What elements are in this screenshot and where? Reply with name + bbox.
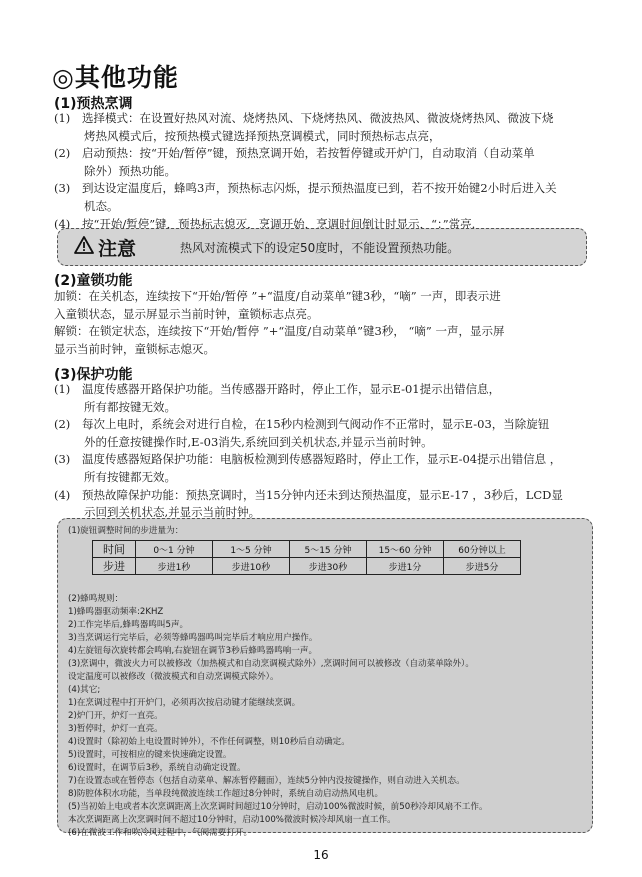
- table-cell: 5～15 分钟: [290, 541, 367, 558]
- note-line: (3)烹调中，微波火力可以被修改（加热模式和自动烹调模式除外）,烹调时间可以被修…: [68, 657, 474, 669]
- note-line: 2)炉门开，炉灯一直亮。: [68, 709, 163, 721]
- note-line: 4)左旋钮每次旋转都会鸣响,右旋钮在调节3秒后蜂鸣器鸣响一声。: [68, 644, 317, 656]
- notice-label: 注意: [74, 234, 166, 261]
- protection-list: (1) 温度传感器开路保护功能。当传感器开路时，停止工作，显示E-01提示出错信…: [54, 381, 584, 522]
- child-lock-text: 加锁：在关机态，连续按下“开始/暂停 ”+“温度/自动菜单”键3秒，“嘀” 一声…: [54, 288, 584, 358]
- note-line: 6)设置时，在调节后3秒，系统自动确定设置。: [68, 761, 246, 773]
- table-cell: 步进10秒: [213, 558, 290, 575]
- table-cell: 步进1分: [367, 558, 444, 575]
- item-number: (1): [54, 110, 70, 128]
- item-line: 机态。: [84, 198, 584, 216]
- row-header: 步进: [93, 558, 136, 575]
- note-line: (5)当初始上电或者本次烹调距离上次烹调时间超过10分钟时，启动100%微波时候…: [68, 800, 488, 812]
- protection-item-3: (3) 温度传感器短路保护功能：电脑板检测到传感器短路时，停止工作，显示E-04…: [54, 451, 584, 486]
- item-number: (3): [54, 451, 70, 469]
- item-line: 到达设定温度后，蜂鸣3声，预热标志闪烁，提示预热温度已到，若不按开始键2小时后进…: [82, 180, 584, 198]
- protection-item-4: (4) 预热故障保护功能：预热烹调时，当15分钟内还未到达预热温度，显示E-17…: [54, 487, 584, 522]
- notice-label-text: 注意: [98, 234, 136, 261]
- protection-item-2: (2) 每次上电时，系统会对进行自检，在15秒内检测到气阀动作不正常时，显示E-…: [54, 416, 584, 451]
- text-line: 解锁：在锁定状态，连续按下“开始/暂停 ”+“温度/自动菜单”键3秒， “嘀” …: [54, 323, 584, 341]
- note-line: 3)当烹调运行完毕后，必须等蜂鸣器鸣叫完毕后才响应用户操作。: [68, 631, 317, 643]
- preheat-item-3: (3) 到达设定温度后，蜂鸣3声，预热标志闪烁，提示预热温度已到，若不按开始键2…: [54, 180, 584, 215]
- note-line: (4)其它;: [68, 683, 100, 695]
- text-line: 加锁：在关机态，连续按下“开始/暂停 ”+“温度/自动菜单”键3秒，“嘀” 一声…: [54, 288, 584, 306]
- table-cell: 0～1 分钟: [136, 541, 213, 558]
- item-number: (2): [54, 145, 70, 163]
- preheat-list: (1) 选择模式：在设置好热风对流、烧烤热风、下烧烤热风、微波热风、微波烧烤热风…: [54, 110, 584, 233]
- manual-page: ◎其他功能 (1)预热烹调 (1) 选择模式：在设置好热风对流、烧烤热风、下烧烤…: [0, 0, 642, 877]
- note-line: 7)在设置态或在暂停态（包括自动菜单、解冻暂停翻面），连续5分钟内没按键操作，则…: [68, 774, 465, 786]
- item-line: 除外）预热功能。: [84, 163, 584, 181]
- notice-text: 热风对流模式下的设定50度时，不能设置预热功能。: [180, 239, 459, 256]
- row-header: 时间: [93, 541, 136, 558]
- preheat-item-2: (2) 启动预热：按“开始/暂停”键，预热烹调开始，若按暂停键或开炉门，自动取消…: [54, 145, 584, 180]
- note-line: 3)暂停时，炉灯一直亮。: [68, 722, 163, 734]
- table-cell: 15～60 分钟: [367, 541, 444, 558]
- item-line: 预热故障保护功能：预热烹调时，当15分钟内还未到达预热温度，显示E-17 ，3秒…: [82, 487, 584, 505]
- note-line: (6)在微波工作和吹冷风过程中，气阀需要打开。: [68, 826, 252, 838]
- item-line: 外的任意按键操作时,E-03消失,系统回到关机状态,并显示当前时钟。: [84, 434, 584, 452]
- item-line: 温度传感器开路保护功能。当传感器开路时，停止工作，显示E-01提示出错信息，: [82, 381, 584, 399]
- text-line: 入童锁状态，显示屏显示当前时钟，童锁标志点亮。: [54, 306, 584, 324]
- note-line: 8)防腔体积水功能，当单段纯微波连续工作超过8分钟时，系统自动启动热风电机。: [68, 787, 383, 799]
- table-row: 步进 步进1秒 步进10秒 步进30秒 步进1分 步进5分: [93, 558, 521, 575]
- note-line: 1)在烹调过程中打开炉门，必须再次按启动键才能继续烹调。: [68, 696, 300, 708]
- table-row: 时间 0～1 分钟 1～5 分钟 5～15 分钟 15～60 分钟 60分钟以上: [93, 541, 521, 558]
- item-line: 选择模式：在设置好热风对流、烧烤热风、下烧烤热风、微波热风、微波烧烤热风、微波下…: [82, 110, 584, 128]
- page-number: 16: [0, 848, 642, 862]
- step-table: 时间 0～1 分钟 1～5 分钟 5～15 分钟 15～60 分钟 60分钟以上…: [92, 540, 521, 575]
- item-line: 温度传感器短路保护功能：电脑板检测到传感器短路时，停止工作，显示E-04提示出错…: [82, 451, 584, 469]
- table-cell: 步进5分: [444, 558, 521, 575]
- item-number: (2): [54, 416, 70, 434]
- note-line: 4)设置时（除初始上电设置时钟外），不作任何调整，则10秒后自动确定。: [68, 735, 350, 747]
- table-cell: 步进1秒: [136, 558, 213, 575]
- protection-item-1: (1) 温度传感器开路保护功能。当传感器开路时，停止工作，显示E-01提示出错信…: [54, 381, 584, 416]
- item-line: 每次上电时，系统会对进行自检，在15秒内检测到气阀动作不正常时，显示E-03，当…: [82, 416, 584, 434]
- item-line: 所有都按键无效。: [84, 399, 584, 417]
- note-line: 设定温度可以被修改（微波模式和自动烹调模式除外）。: [68, 670, 279, 682]
- notice-box: 注意 热风对流模式下的设定50度时，不能设置预热功能。: [57, 228, 587, 266]
- text-line: 显示当前时钟，童锁标志熄灭。: [54, 341, 584, 359]
- item-number: (1): [54, 381, 70, 399]
- item-line: 所有按键都无效。: [84, 469, 584, 487]
- preheat-item-1: (1) 选择模式：在设置好热风对流、烧烤热风、下烧烤热风、微波热风、微波烧烤热风…: [54, 110, 584, 145]
- step-table-title: (1)旋钮调整时间的步进量为：: [68, 524, 183, 536]
- note-line: 5)设置时，可按相应的键来快速确定设置。: [68, 748, 232, 760]
- table-cell: 1～5 分钟: [213, 541, 290, 558]
- page-title: ◎其他功能: [52, 58, 179, 94]
- table-cell: 步进30秒: [290, 558, 367, 575]
- warning-triangle-icon: [74, 236, 94, 259]
- item-number: (4): [54, 487, 70, 505]
- spec-note-box: (1)旋钮调整时间的步进量为： 时间 0～1 分钟 1～5 分钟 5～15 分钟…: [57, 518, 593, 833]
- item-number: (3): [54, 180, 70, 198]
- note-line: 2)工作完毕后,蜂鸣器鸣叫5声。: [68, 618, 188, 630]
- table-cell: 60分钟以上: [444, 541, 521, 558]
- note-line: 1)蜂鸣器驱动频率:2KHZ: [68, 605, 163, 617]
- note-line: (2)蜂鸣规则：: [68, 592, 123, 604]
- item-line: 烤热风模式后，按预热模式键选择预热烹调模式，同时预热标志点亮，: [84, 128, 584, 146]
- child-lock-heading: (2)童锁功能: [54, 270, 133, 290]
- note-line: 本次烹调距离上次烹调时间不超过10分钟时，启动100%微波时候冷却风扇一直工作。: [68, 813, 396, 825]
- item-line: 启动预热：按“开始/暂停”键，预热烹调开始，若按暂停键或开炉门，自动取消（自动菜…: [82, 145, 584, 163]
